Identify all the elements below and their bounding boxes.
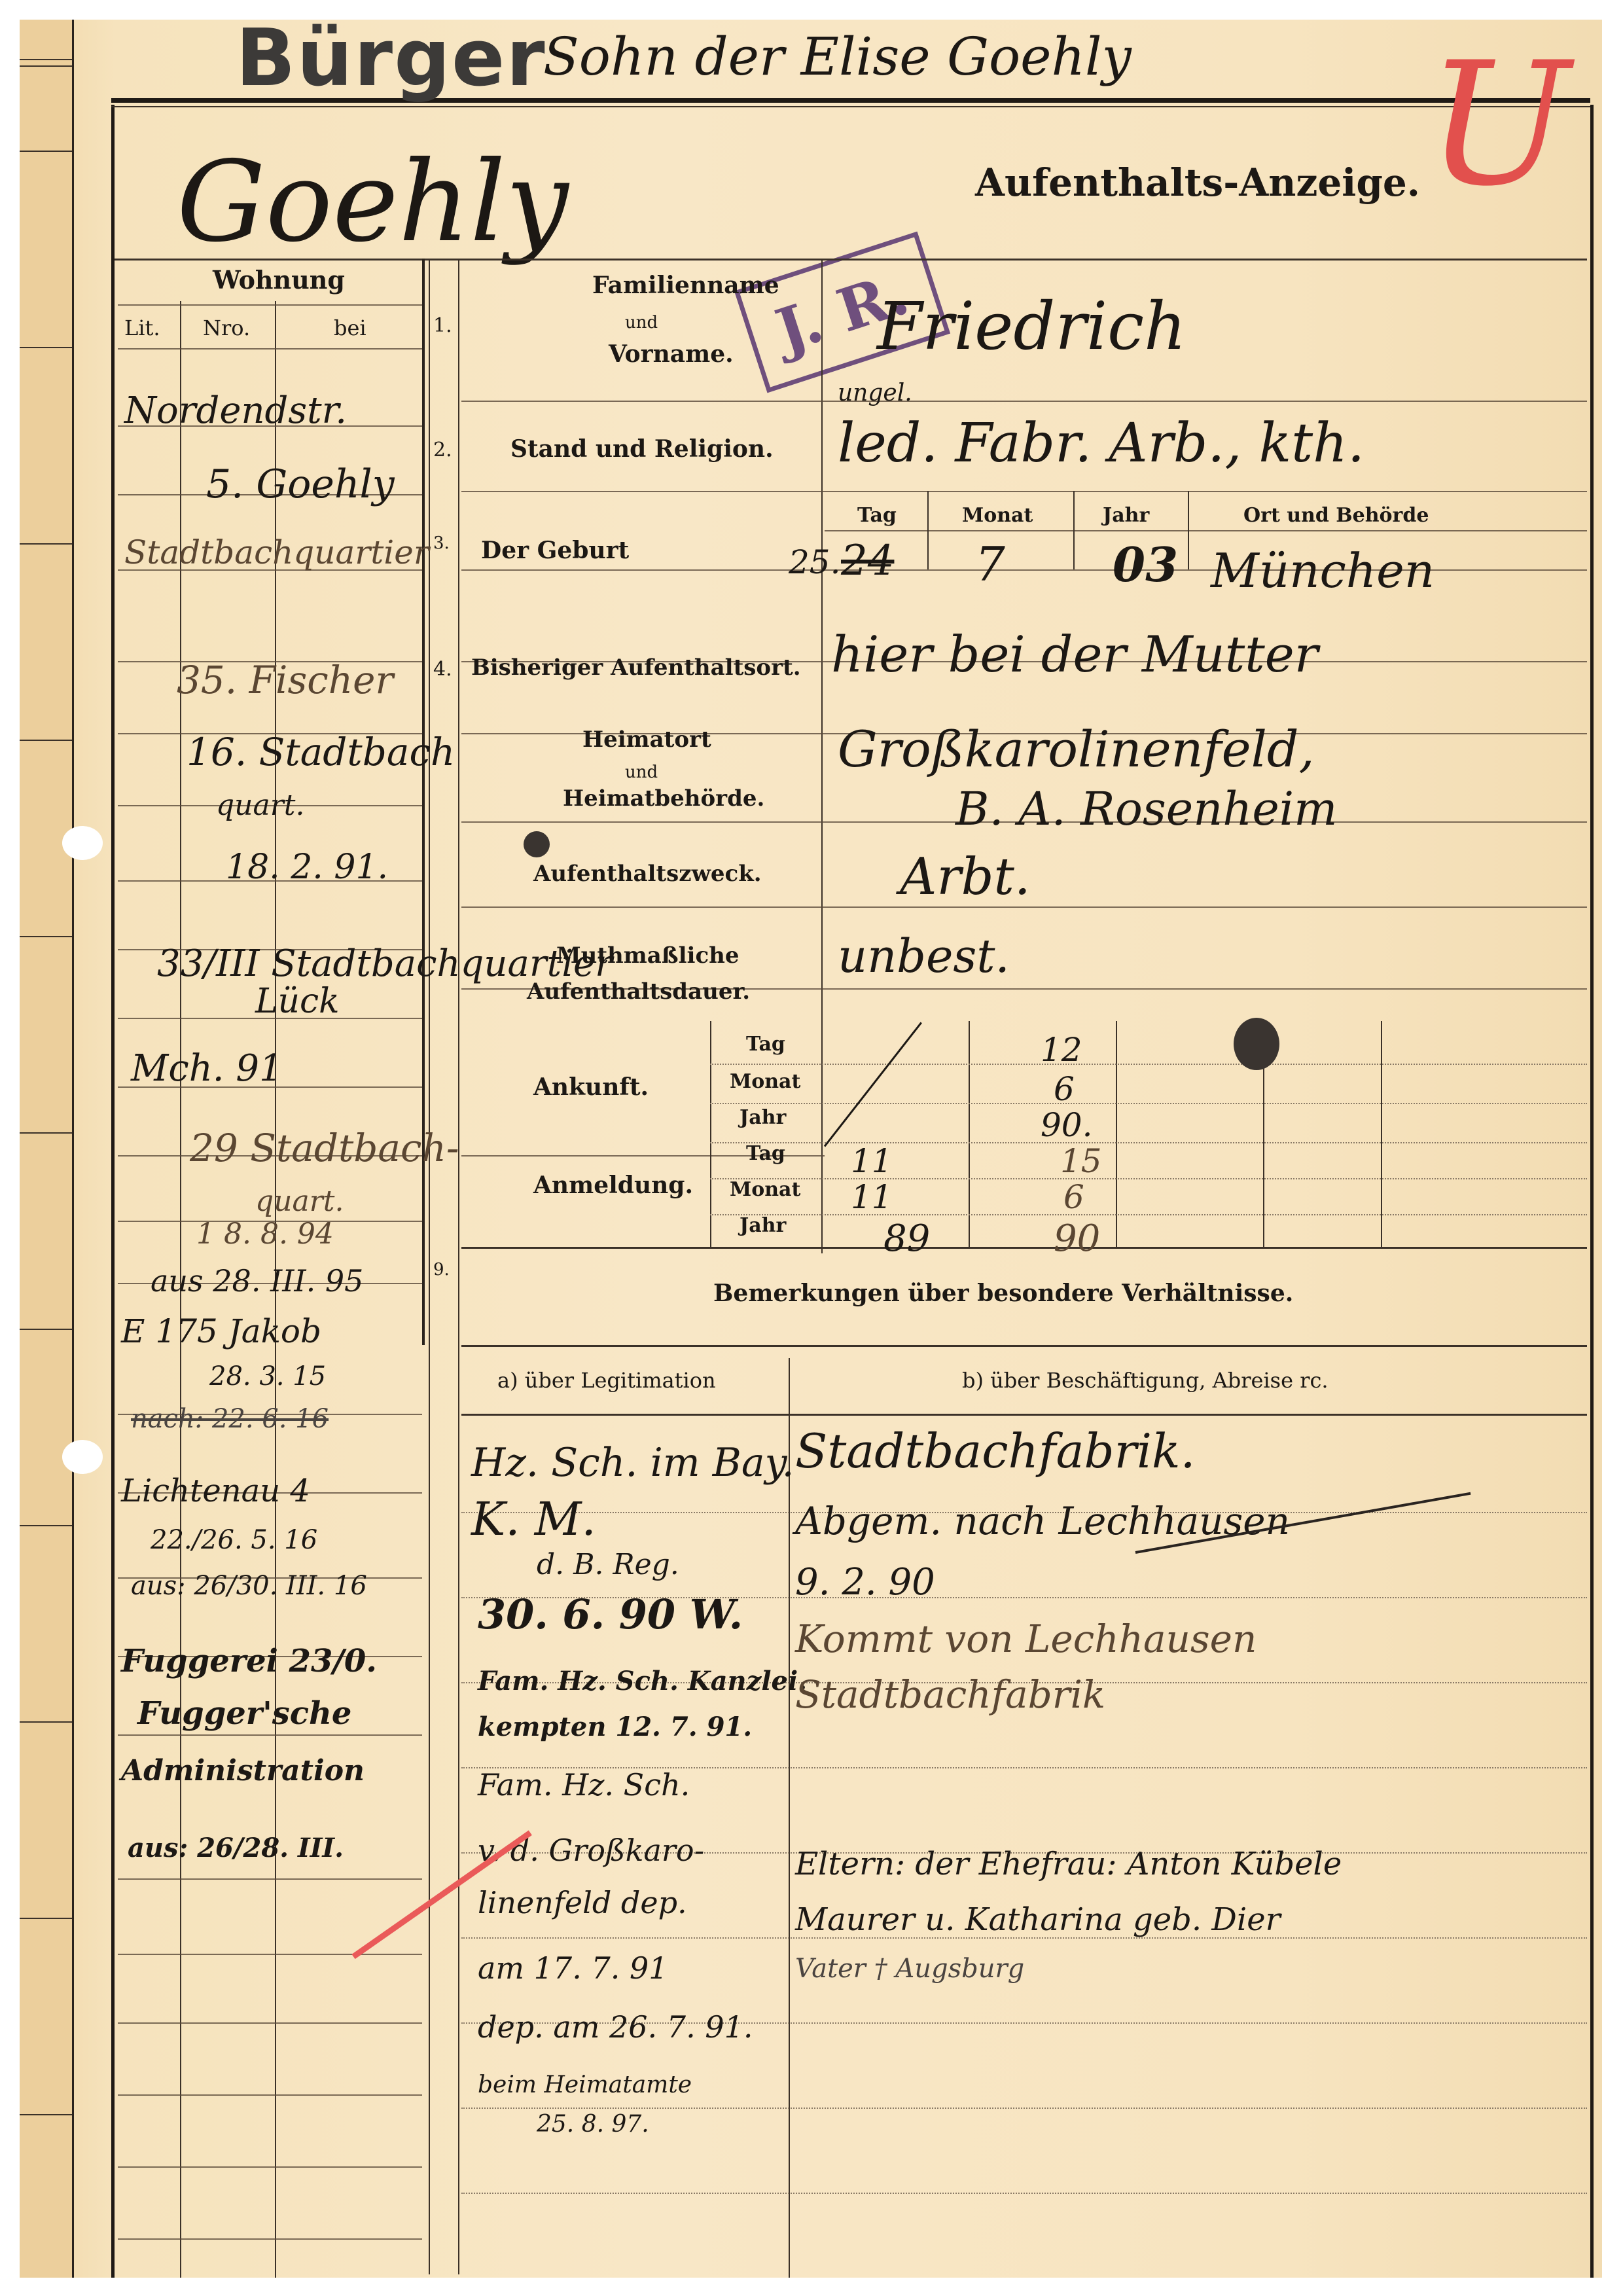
dates-bottom-rule (461, 1247, 1587, 1249)
date-grid-rule (710, 1178, 1587, 1179)
value-anmeldung-monat: 6 (1063, 1178, 1084, 1216)
table-top-rule (115, 259, 1587, 260)
punch-hole (62, 1440, 103, 1474)
value-birth-jahr: 03 (1113, 537, 1178, 592)
number-column-divider (458, 259, 459, 2274)
field-number: 3. (433, 533, 450, 553)
label-heimatbehoerde: Heimatbehörde. (563, 785, 764, 812)
date-grid-divider (1116, 1021, 1117, 1247)
value-anmeldung-left-monat: 11 (851, 1178, 893, 1216)
strip-rule (20, 1329, 72, 1330)
row-rule (461, 906, 1587, 908)
beschaeftigung-line: Eltern: der Ehefrau: Anton Kübele (795, 1846, 1342, 1882)
label-aufenthaltsdauer: Aufenthaltsdauer. (527, 978, 750, 1005)
wohnung-row-rule (118, 2094, 422, 2096)
col-lit-header: Lit. (124, 315, 160, 340)
wohnung-entry: 16. Stadtbach (187, 730, 455, 774)
wohnung-entry: quart. (255, 1185, 344, 1218)
label-anmeldung: Anmeldung. (533, 1172, 693, 1199)
label-stand-religion: Stand und Religion. (510, 435, 774, 463)
wohnung-divider (422, 259, 425, 1345)
label-ankunft: Ankunft. (533, 1073, 649, 1101)
field-number: 2. (433, 439, 452, 461)
label-geburt: Der Geburt (481, 537, 629, 564)
wohnung-entry: Fugger'sche (137, 1695, 351, 1732)
value-ankunft-monat: 6 (1054, 1070, 1075, 1108)
beschaeftigung-line: Stadtbachfabrik (795, 1672, 1105, 1717)
legitimation-line: linenfeld dep. (478, 1885, 687, 1920)
birth-subheader-rule (825, 530, 1587, 531)
value-birth-tag-struck: 24 (841, 537, 894, 585)
strip-rule (20, 1721, 72, 1723)
field-number: 9. (433, 1260, 450, 1280)
bemerkungen-header-rule (461, 1345, 1587, 1347)
punch-hole (62, 826, 103, 860)
strip-rule (20, 740, 72, 741)
frame-top-rule-thin (111, 106, 1590, 107)
sublabel-jahr: Jahr (740, 1214, 786, 1237)
label-und: und (625, 313, 658, 332)
wohnung-row-rule (118, 1878, 422, 1880)
value-stand-religion: led. Fabr. Arb., kth. (838, 412, 1364, 475)
date-grid-rule (710, 1214, 1587, 1215)
wohnung-entry: 5. Goehly (206, 461, 395, 507)
legitimation-line: kempten 12. 7. 91. (478, 1712, 752, 1742)
burger-stamp: Bürger (236, 13, 546, 104)
value-heimatort: Großkarolinenfeld, (838, 720, 1315, 778)
surname-heading: Goehly (177, 137, 569, 267)
wohnung-entry: E 175 Jakob (121, 1312, 321, 1350)
beschaeftigung-line: 9. 2. 90 (795, 1561, 935, 1604)
wohnung-row-rule (118, 2166, 422, 2168)
legitimation-line: Hz. Sch. im Bay. (471, 1440, 794, 1486)
beschaeftigung-line: Kommt von Lechhausen (795, 1617, 1257, 1661)
date-grid-rule (710, 1142, 1587, 1143)
bemerkungen-col-divider (789, 1358, 790, 2278)
wohnung-row-rule (118, 1954, 422, 1955)
binding-strip (20, 20, 74, 2278)
col-b-header: b) über Beschäftigung, Abreise rc. (962, 1368, 1329, 1393)
legitimation-line: d. B. Reg. (537, 1548, 679, 1581)
legitimation-line: Fam. Hz. Sch. Kanzlei. (478, 1666, 807, 1696)
strip-rule (20, 1525, 72, 1526)
strip-rule (20, 65, 72, 67)
wohnung-entry: quart. (216, 789, 304, 822)
ink-blot (1234, 1018, 1279, 1070)
value-anmeldung-tag: 15 (1060, 1142, 1102, 1180)
bemerkungen-subheader-rule (461, 1414, 1587, 1416)
strip-rule (20, 1132, 72, 1134)
value-birth-monat: 7 (975, 537, 1005, 592)
value-birth-tag: 25. (789, 543, 841, 581)
beschaeftigung-line: Stadtbachfabrik. (795, 1424, 1196, 1479)
wohnung-entry: Lichtenau 4 (121, 1473, 310, 1509)
legitimation-line: K. M. (471, 1492, 596, 1546)
sublabel-jahr: Jahr (740, 1106, 786, 1129)
row-rule (461, 491, 1587, 492)
legitimation-line: beim Heimatamte (478, 2072, 692, 2098)
value-aufenthaltszweck: Arbt. (900, 848, 1031, 906)
wohnung-entry: aus: 26/30. III. 16 (131, 1571, 367, 1601)
value-ankunft-jahr: 90. (1041, 1106, 1093, 1144)
handwritten-parent-note: Sohn der Elise Goehly (543, 26, 1132, 87)
wohnung-row-rule (118, 2238, 422, 2240)
wohnung-entry: aus 28. III. 95 (151, 1263, 363, 1299)
wohnung-entry: Nordendstr. (124, 389, 347, 432)
value-aufenthaltsdauer: unbest. (838, 929, 1010, 983)
birth-header-ort: Ort und Behörde (1243, 504, 1429, 527)
date-grid-divider (1381, 1021, 1382, 1247)
wohnung-entry: 1 8. 8. 94 (196, 1217, 334, 1251)
birth-header-monat: Monat (962, 504, 1033, 527)
wohnung-entry: Mch. 91 (131, 1047, 283, 1090)
date-grid-rule (710, 1064, 1587, 1065)
row-rule (461, 401, 1587, 402)
bemerkungen-title: Bemerkungen über besondere Verhältnisse. (713, 1280, 1293, 1307)
strip-rule (20, 936, 72, 937)
field-number: 4. (433, 658, 452, 681)
legitimation-line: 25. 8. 97. (537, 2111, 649, 2138)
strip-rule (20, 59, 72, 60)
value-anmeldung-jahr: 90 (1054, 1217, 1100, 1260)
beschaeftigung-line: Vater † Augsburg (795, 1954, 1024, 1984)
wohnung-row-rule (118, 2022, 422, 2024)
strip-rule (20, 151, 72, 152)
sublabel-tag: Tag (746, 1142, 785, 1165)
wohnung-entry: 28. 3. 15 (209, 1361, 326, 1391)
date-grid-divider (969, 1021, 970, 1247)
birth-col-divider (1188, 491, 1189, 569)
birth-header-tag: Tag (857, 504, 897, 527)
form-title: Aufenthalts-Anzeige. (975, 160, 1420, 205)
value-heimatbehoerde: B. A. Rosenheim (955, 782, 1338, 836)
wohnung-header-rule (118, 304, 422, 306)
strip-rule (20, 543, 72, 545)
ruled-line (461, 2193, 1587, 2194)
label-aufenthaltszweck: Aufenthaltszweck. (533, 861, 762, 887)
birth-col-divider (1073, 491, 1075, 569)
value-bisheriger-aufenthaltsort: hier bei der Mutter (831, 625, 1318, 683)
wohnung-entry: 35. Fischer (177, 658, 393, 702)
wohnung-entry: aus: 26/28. III. (128, 1833, 344, 1863)
label-bisheriger-aufenthaltsort: Bisheriger Aufenthaltsort. (471, 655, 801, 681)
value-anmeldung-left-tag: 11 (851, 1142, 893, 1180)
label-familienname: Familienname (592, 272, 779, 299)
wohnung-entry: Lück (255, 982, 340, 1021)
label-value-divider (821, 259, 823, 1253)
col-nro-header: Nro. (203, 315, 250, 340)
value-ankunft-tag: 12 (1041, 1031, 1082, 1069)
field-number: 1. (433, 314, 452, 337)
value-anmeldung-left-jahr: 89 (883, 1217, 930, 1260)
sublabel-monat: Monat (730, 1178, 800, 1201)
date-grid-rule (710, 1103, 1587, 1104)
wohnung-title: Wohnung (213, 265, 345, 295)
label-heimatort: Heimatort (582, 726, 711, 753)
wohnung-entry: 22./26. 5. 16 (151, 1525, 317, 1555)
beschaeftigung-line: Maurer u. Katharina geb. Dier (795, 1901, 1281, 1938)
value-birth-ort: München (1211, 543, 1435, 598)
label-und: und (625, 762, 658, 782)
wohnung-entry: Fuggerei 23/0. (121, 1643, 377, 1679)
sublabel-tag: Tag (746, 1033, 785, 1056)
ink-smudge (524, 831, 550, 857)
date-grid-divider (1263, 1047, 1264, 1247)
col-bei-header: bei (334, 315, 366, 340)
wohnung-entry: Stadtbachquartier (124, 533, 429, 571)
legitimation-line: v. d. Großkaro- (478, 1833, 704, 1868)
wohnung-entry-struck: nach: 22. 6. 16 (131, 1404, 329, 1434)
strip-rule (20, 347, 72, 348)
wohnung-subheader-rule (118, 348, 422, 350)
subcol-divider (710, 1021, 711, 1247)
value-stand-above: ungel. (838, 380, 912, 406)
label-muthmassliche: Muthmaßliche (556, 942, 740, 969)
wohnung-entry: Administration (121, 1754, 365, 1787)
birth-col-divider (927, 491, 929, 569)
legitimation-line: 30. 6. 90 W. (478, 1590, 743, 1638)
value-vorname: Friedrich (877, 288, 1186, 365)
legitimation-line: Fam. Hz. Sch. (478, 1767, 690, 1803)
wohnung-row-rule (118, 1734, 422, 1736)
label-vorname: Vorname. (609, 340, 734, 368)
wohnung-entry: 18. 2. 91. (226, 848, 388, 887)
birth-header-jahr: Jahr (1103, 504, 1149, 527)
legitimation-line: am 17. 7. 91 (478, 1950, 668, 1986)
red-pencil-mark: U (1427, 26, 1570, 224)
legitimation-line: dep. am 26. 7. 91. (478, 2009, 753, 2045)
col-a-header: a) über Legitimation (497, 1368, 716, 1393)
wohnung-entry: 29 Stadtbach- (190, 1126, 459, 1170)
strip-rule (20, 1918, 72, 1919)
sublabel-monat: Monat (730, 1070, 800, 1093)
strip-rule (20, 2114, 72, 2115)
ruled-line (461, 2108, 1587, 2109)
